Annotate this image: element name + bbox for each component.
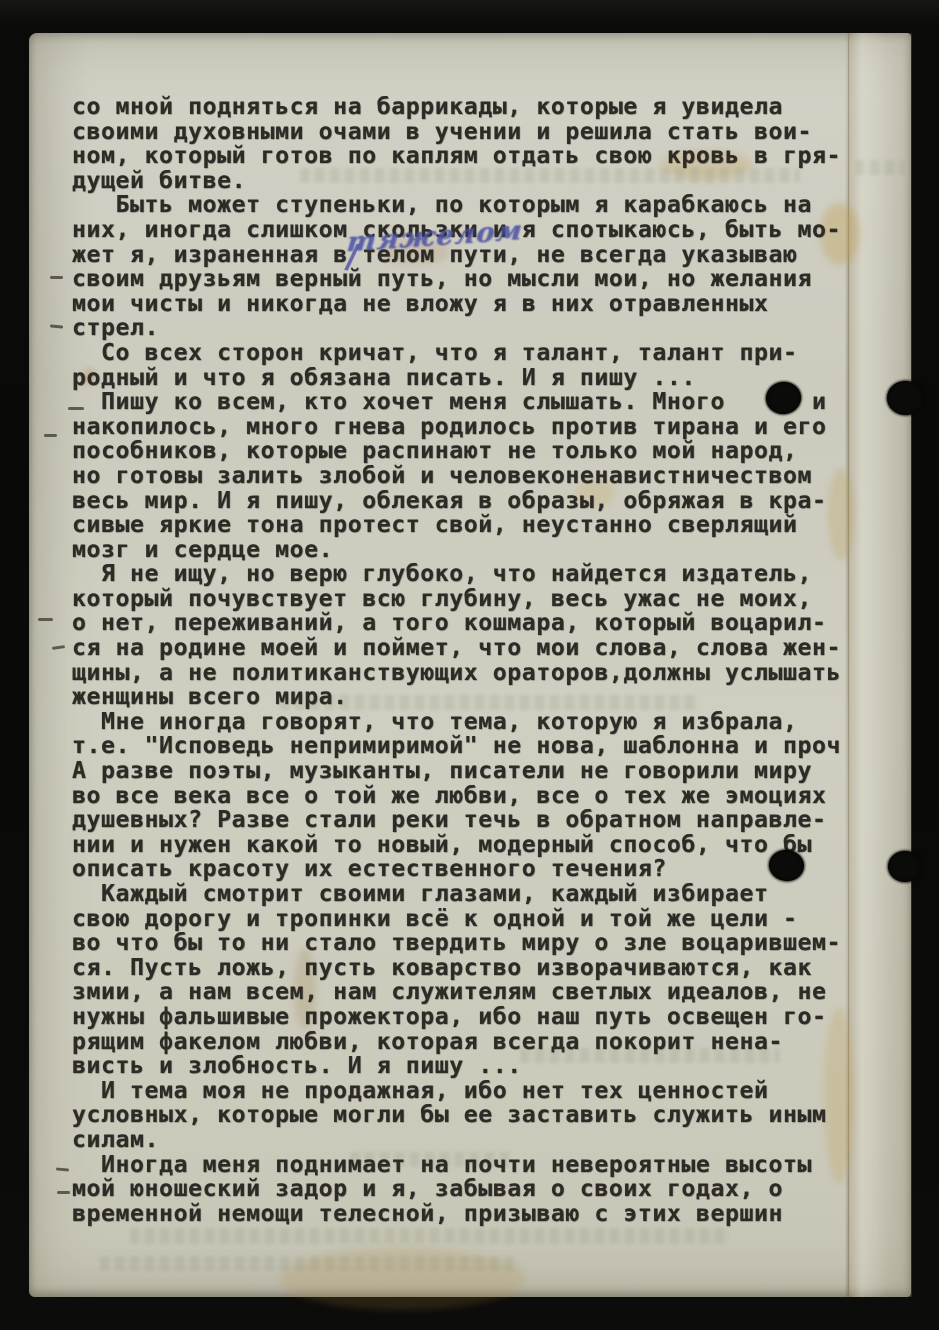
typed-line: дущей битве. — [72, 169, 841, 194]
typed-line: И тема моя не продажная, ибо нет тех цен… — [72, 1079, 841, 1104]
typed-line: рящим факелом любви, которая всегда поко… — [72, 1030, 841, 1055]
margin-mark — [38, 618, 53, 621]
typed-line: мозг и сердце мое. — [72, 538, 841, 563]
margin-mark — [57, 1191, 70, 1194]
typed-line: Иногда меня поднимает на почти невероятн… — [72, 1153, 841, 1178]
bleed-through-text — [100, 1256, 520, 1271]
typed-line: А разве поэты, музыканты, писатели не го… — [72, 759, 841, 784]
typed-line: ся на родине моей и поймет, что мои слов… — [72, 636, 841, 661]
typed-line: описать красоту их естественного течения… — [72, 857, 841, 882]
typed-line: мои чисты и никогда не вложу я в них отр… — [72, 292, 841, 317]
typed-line: но готовы залить злобой и человеконенави… — [72, 464, 841, 489]
typed-line: накопилось, много гнева родилось против … — [72, 415, 841, 440]
typed-line: Пишу ко всем, кто хочет меня слышать. Мн… — [72, 390, 841, 415]
bleed-through-text — [855, 160, 905, 175]
typed-line: Я не ищу, но верю глубоко, что найдется … — [72, 562, 841, 587]
typed-line: т.е. "Исповедь непримиримой" не нова, ша… — [72, 734, 841, 759]
typed-line: змии, а нам всем, нам служителям светлых… — [72, 980, 841, 1005]
document-page: со мной подняться на баррикады, которые … — [29, 33, 911, 1297]
typed-line: щины, а не политиканствующих ораторов,до… — [72, 661, 841, 686]
typed-line: силам. — [72, 1128, 841, 1153]
typed-line: во что бы то ни стало твердить миру о зл… — [72, 931, 841, 956]
typed-line: который почувствует всю глубину, весь уж… — [72, 587, 841, 612]
margin-mark — [90, 1218, 100, 1221]
bleed-through-text — [130, 1228, 730, 1243]
typed-line: Со всех сторон кричат, что я талант, тал… — [72, 341, 841, 366]
typed-line: нии и нужен какой то новый, модерный спо… — [72, 833, 841, 858]
margin-mark — [50, 324, 63, 328]
typed-line: мой юношеский задор и я, забывая о своих… — [72, 1177, 841, 1202]
typed-line: родный и что я обязана писать. И я пишу … — [72, 366, 841, 391]
margin-mark — [52, 645, 65, 650]
hole-punch — [888, 851, 922, 882]
typed-line: весь мир. И я пишу, облекая в образы, об… — [72, 489, 841, 514]
margin-mark — [50, 276, 63, 279]
typed-line: Мне иногда говорят, что тема, которую я … — [72, 710, 841, 735]
typed-line: условных, которые могли бы ее заставить … — [72, 1103, 841, 1128]
margin-mark — [56, 1167, 69, 1171]
typed-line: своим друзьям верный путь, но мысли мои,… — [72, 267, 841, 292]
typed-line: Быть может ступеньки, по которым я караб… — [72, 193, 841, 218]
typed-line: нужны фальшивые прожектора, ибо наш путь… — [72, 1005, 841, 1030]
typed-line: висть и злобность. И я пишу ... — [72, 1054, 841, 1079]
typed-line: во все века все о той же любви, все о те… — [72, 784, 841, 809]
margin-mark — [44, 434, 57, 437]
typed-line: своими духовными очами в учении и решила… — [72, 120, 841, 145]
photo-background: со мной подняться на баррикады, которые … — [0, 0, 939, 1330]
typed-line: временной немощи телесной, призываю с эт… — [72, 1202, 841, 1227]
hole-punch — [887, 381, 924, 415]
typed-text-block: со мной подняться на баррикады, которые … — [72, 95, 841, 1226]
typed-line: стрел. — [72, 316, 841, 341]
typed-line: пособников, которые распинают не только … — [72, 439, 841, 464]
typed-line: Каждый смотрит своими глазами, каждый из… — [72, 882, 841, 907]
typed-line: женщины всего мира. — [72, 685, 841, 710]
typed-line: со мной подняться на баррикады, которые … — [72, 95, 841, 120]
typed-line: свою дорогу и тропинки всё к одной и той… — [72, 907, 841, 932]
margin-mark — [68, 407, 84, 410]
typed-line: о нет, переживаний, а того кошмара, кото… — [72, 611, 841, 636]
typed-line: ном, который готов по каплям отдать свою… — [72, 144, 841, 169]
typed-line: сивые яркие тона протест свой, неустанно… — [72, 513, 841, 538]
typed-line: ся. Пусть ложь, пусть коварство изворачи… — [72, 956, 841, 981]
typed-line: душевных? Разве стали реки течь в обратн… — [72, 808, 841, 833]
